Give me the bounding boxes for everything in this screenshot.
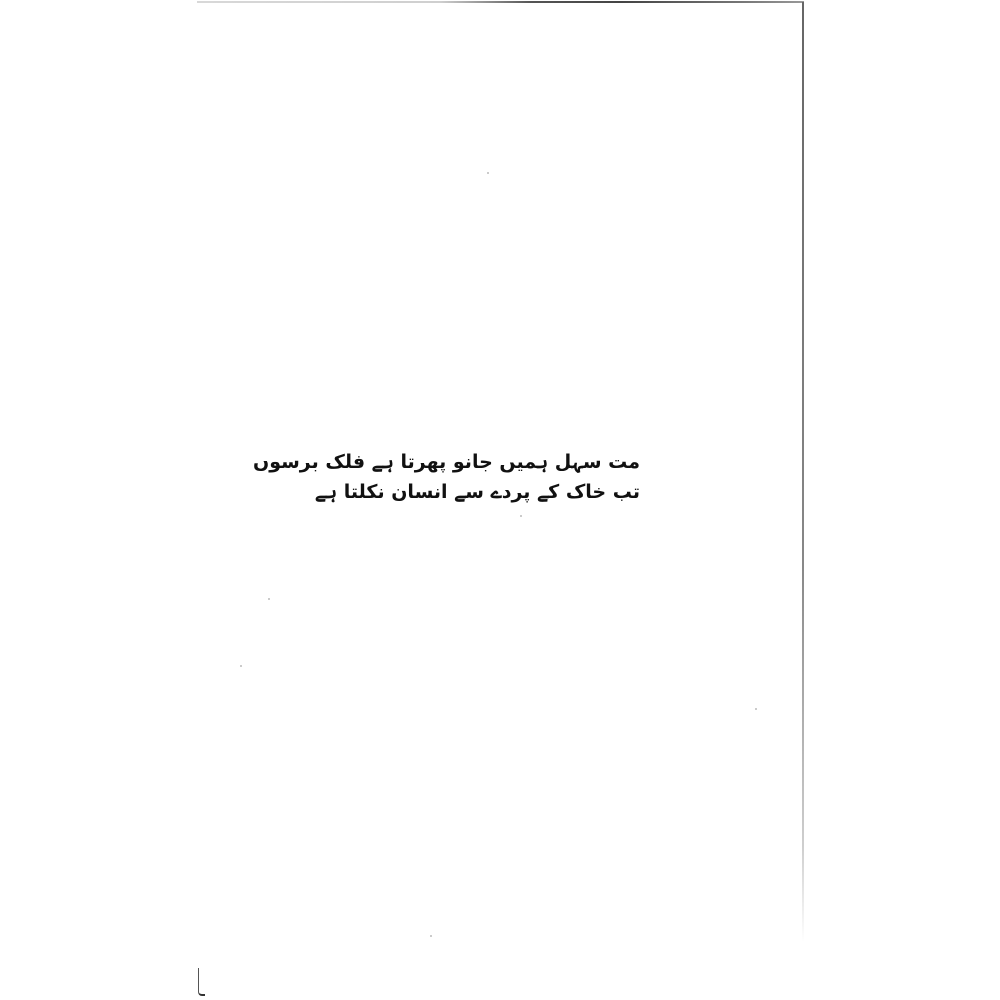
couplet-line-1: مت سہل ہمیں جانو پھرتا ہے فلک برسوں — [360, 447, 640, 477]
scanned-page: مت سہل ہمیں جانو پھرتا ہے فلک برسوں تب خ… — [0, 0, 1000, 1000]
urdu-couplet: مت سہل ہمیں جانو پھرتا ہے فلک برسوں تب خ… — [360, 447, 640, 507]
scan-speck — [240, 665, 242, 667]
scan-speck — [487, 172, 489, 174]
page-top-border — [197, 1, 804, 3]
scan-speck — [520, 515, 522, 517]
page-corner-mark — [198, 968, 205, 996]
scan-speck — [268, 598, 270, 600]
page-right-border — [802, 2, 804, 942]
scan-speck — [430, 935, 432, 937]
couplet-line-2: تب خاک کے پردے سے انسان نکلتا ہے — [360, 477, 640, 507]
scan-speck — [755, 708, 757, 710]
